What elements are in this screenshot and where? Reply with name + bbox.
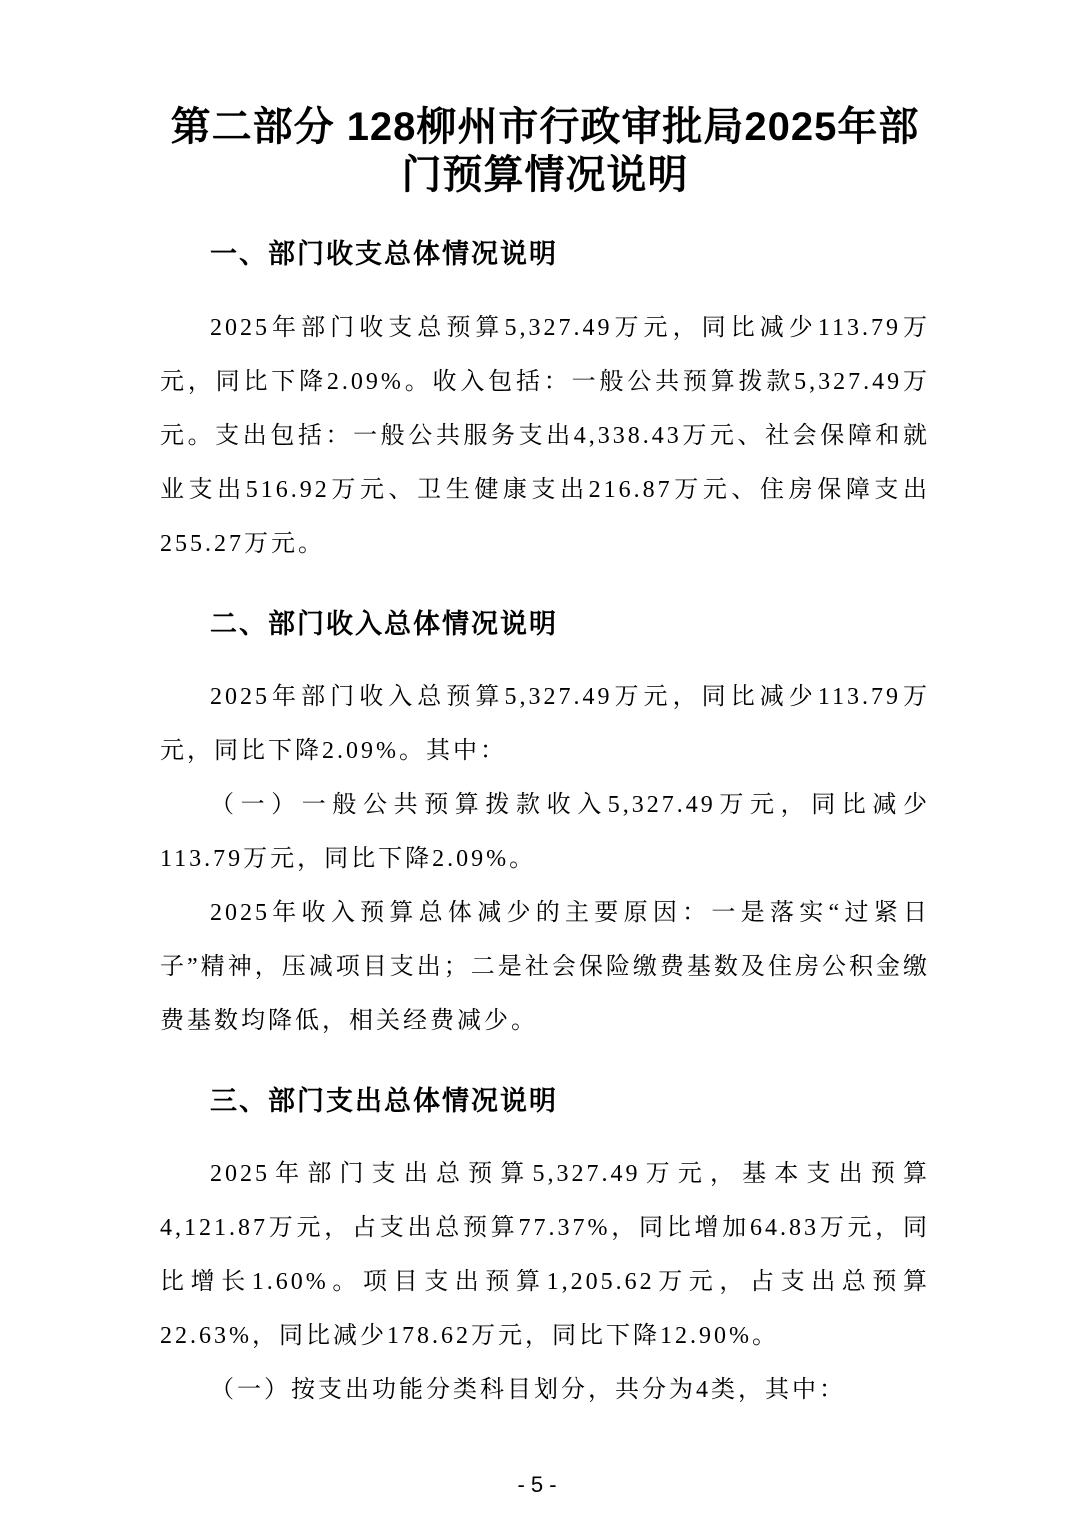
paragraph: 2025年部门支出总预算5,327.49万元，基本支出预算4,121.87万元，… <box>160 1147 930 1363</box>
section-income-overview: 二、部门收入总体情况说明 2025年部门收入总预算5,327.49万元，同比减少… <box>160 597 930 1048</box>
paragraph: 2025年收入预算总体减少的主要原因：一是落实“过紧日子”精神，压减项目支出；二… <box>160 886 930 1048</box>
paragraph: 2025年部门收支总预算5,327.49万元，同比减少113.79万元，同比下降… <box>160 301 930 571</box>
section-income-expense-overview: 一、部门收支总体情况说明 2025年部门收支总预算5,327.49万元，同比减少… <box>160 227 930 571</box>
section-heading-3: 三、部门支出总体情况说明 <box>160 1074 930 1128</box>
section-heading-2: 二、部门收入总体情况说明 <box>160 597 930 651</box>
document-page: 第二部分 128柳州市行政审批局2025年部门预算情况说明 一、部门收支总体情况… <box>0 0 1074 1520</box>
section-heading-1: 一、部门收支总体情况说明 <box>160 227 930 281</box>
document-title: 第二部分 128柳州市行政审批局2025年部门预算情况说明 <box>160 103 930 199</box>
paragraph: 2025年部门收入总预算5,327.49万元，同比减少113.79万元，同比下降… <box>160 670 930 778</box>
paragraph: （一）按支出功能分类科目划分，共分为4类，其中： <box>160 1363 930 1417</box>
page-number: - 5 - <box>0 1470 1074 1500</box>
paragraph: （一）一般公共预算拨款收入5,327.49万元，同比减少113.79万元，同比下… <box>160 778 930 886</box>
section-expenditure-overview: 三、部门支出总体情况说明 2025年部门支出总预算5,327.49万元，基本支出… <box>160 1074 930 1417</box>
